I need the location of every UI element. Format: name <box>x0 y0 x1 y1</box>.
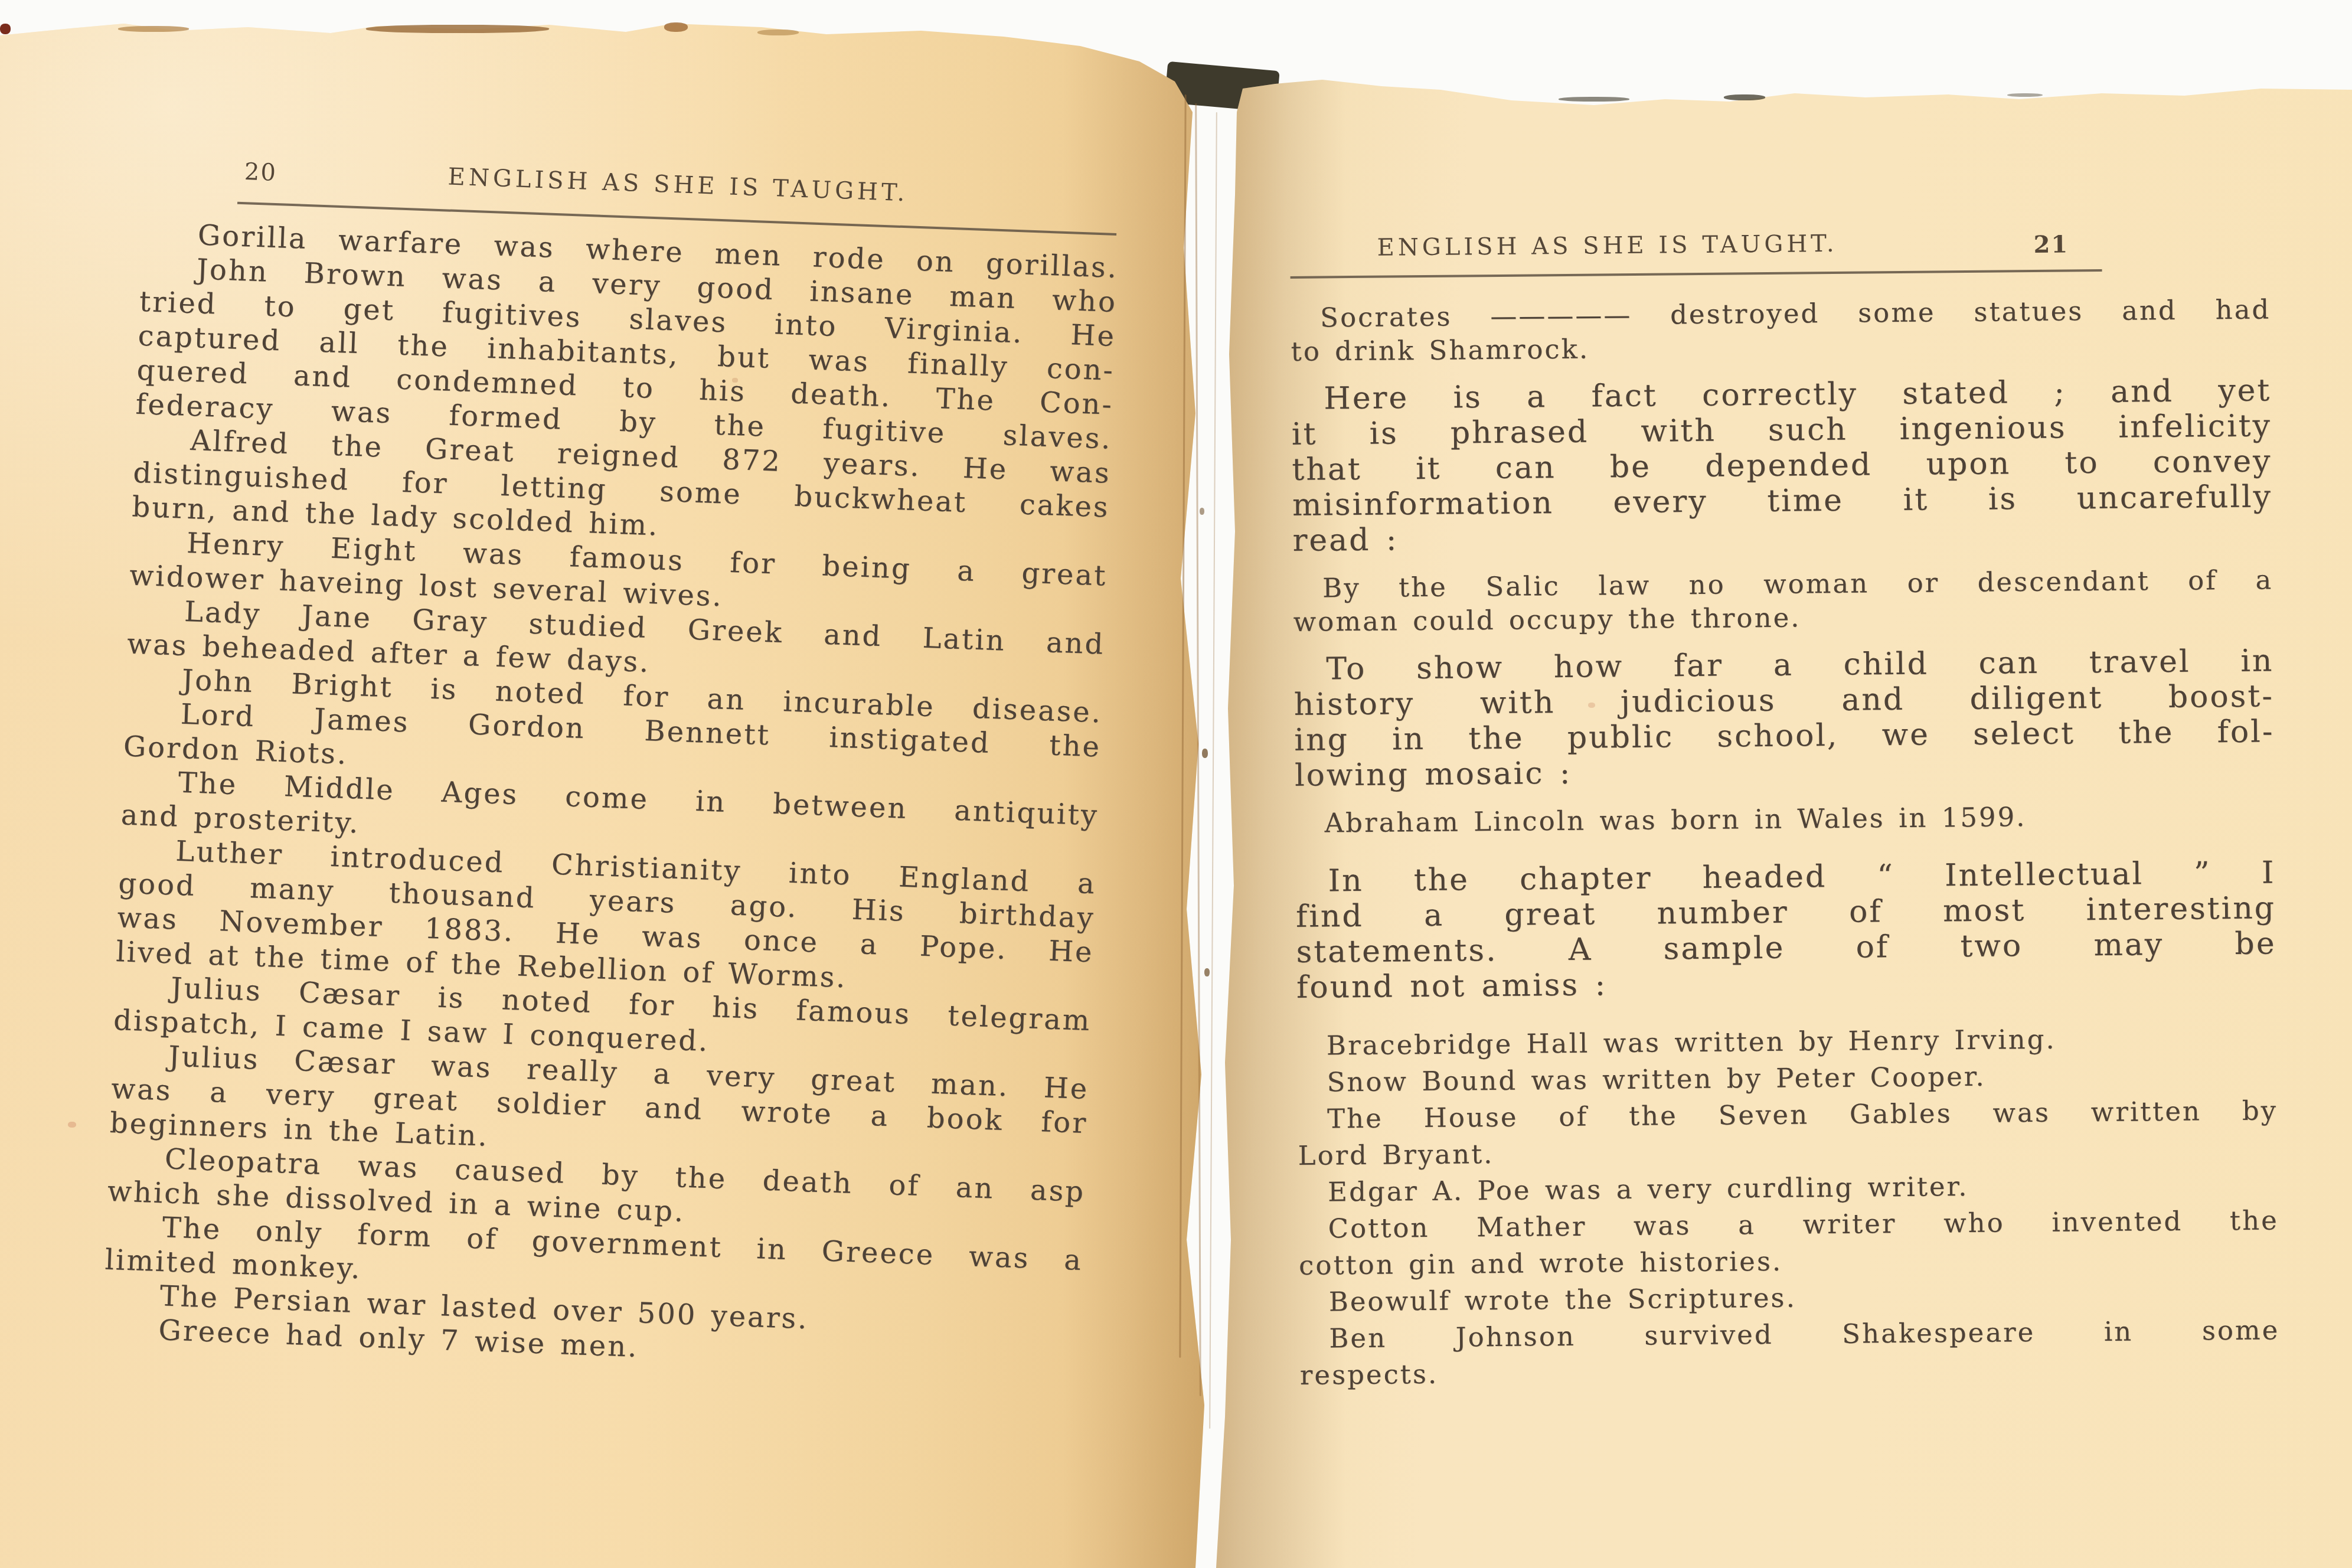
torn-edge-speck <box>366 25 549 33</box>
torn-edge-speck <box>757 30 799 35</box>
paragraph: In the chapter headed “ Intellectual ” I… <box>1295 855 2276 1005</box>
paragraph: The House of the Seven Gables was writte… <box>1298 1092 2278 1174</box>
quote-block: Bracebridge Hall was written by Henry Ir… <box>1297 1019 2280 1393</box>
right-page-header: ENGLISH AS SHE IS TAUGHT. 21 <box>1290 228 2102 279</box>
paragraph: Abraham Lincoln was born in Wales in 159… <box>1295 798 2275 839</box>
paragraph: In the chapter headed “ Intellectual ” I… <box>1295 855 2276 1005</box>
paragraph: Ben Johnson survived Shakespeare in some… <box>1299 1312 2280 1393</box>
stitch-hole <box>1202 749 1208 758</box>
right-page-number: 21 <box>2033 230 2069 259</box>
stitch-hole <box>1200 508 1204 515</box>
foxing-speck <box>68 1122 76 1128</box>
paragraph: Socrates ————— destroyed some statues an… <box>1291 293 2271 368</box>
torn-edge-speck <box>1559 97 1629 102</box>
book-photo: 20 ENGLISH AS SHE IS TAUGHT. Gorilla war… <box>0 0 2352 1568</box>
paragraph: To show how far a child can travel inhis… <box>1293 643 2275 793</box>
torn-edge-speck <box>664 22 688 32</box>
paragraph: Here is a fact correctly stated ; and ye… <box>1291 373 2273 558</box>
text-line: Abraham Lincoln was born in Wales in 159… <box>1295 798 2275 839</box>
quote-block: Abraham Lincoln was born in Wales in 159… <box>1295 798 2275 839</box>
quote-block: Socrates ————— destroyed some statues an… <box>1291 293 2271 368</box>
paragraph: By the Salic law no woman or descendant … <box>1293 563 2273 638</box>
torn-edge-speck <box>0 24 11 34</box>
paragraph: Here is a fact correctly stated ; and ye… <box>1291 373 2273 558</box>
torn-edge-speck <box>2007 93 2043 97</box>
torn-page-edge <box>1209 112 1217 1429</box>
right-page-body: Socrates ————— destroyed some statues an… <box>1291 293 2280 1394</box>
paragraph: John Brown was a very good insane man wh… <box>135 250 1118 456</box>
paragraph: Cotton Mather was a writer who invented … <box>1298 1202 2279 1283</box>
paragraph: To show how far a child can travel inhis… <box>1293 643 2275 793</box>
left-page-number: 20 <box>244 158 277 187</box>
torn-edge-speck <box>118 26 189 32</box>
quote-block: By the Salic law no woman or descendant … <box>1293 563 2273 638</box>
stitch-hole <box>1204 968 1210 976</box>
torn-edge-speck <box>1724 94 1765 100</box>
left-page-body: Gorilla warfare was where men rode on go… <box>102 216 1119 1380</box>
left-page-text: 20 ENGLISH AS SHE IS TAUGHT. Gorilla war… <box>102 152 1121 1380</box>
right-page-text: ENGLISH AS SHE IS TAUGHT. 21 Socrates ——… <box>1290 227 2280 1407</box>
